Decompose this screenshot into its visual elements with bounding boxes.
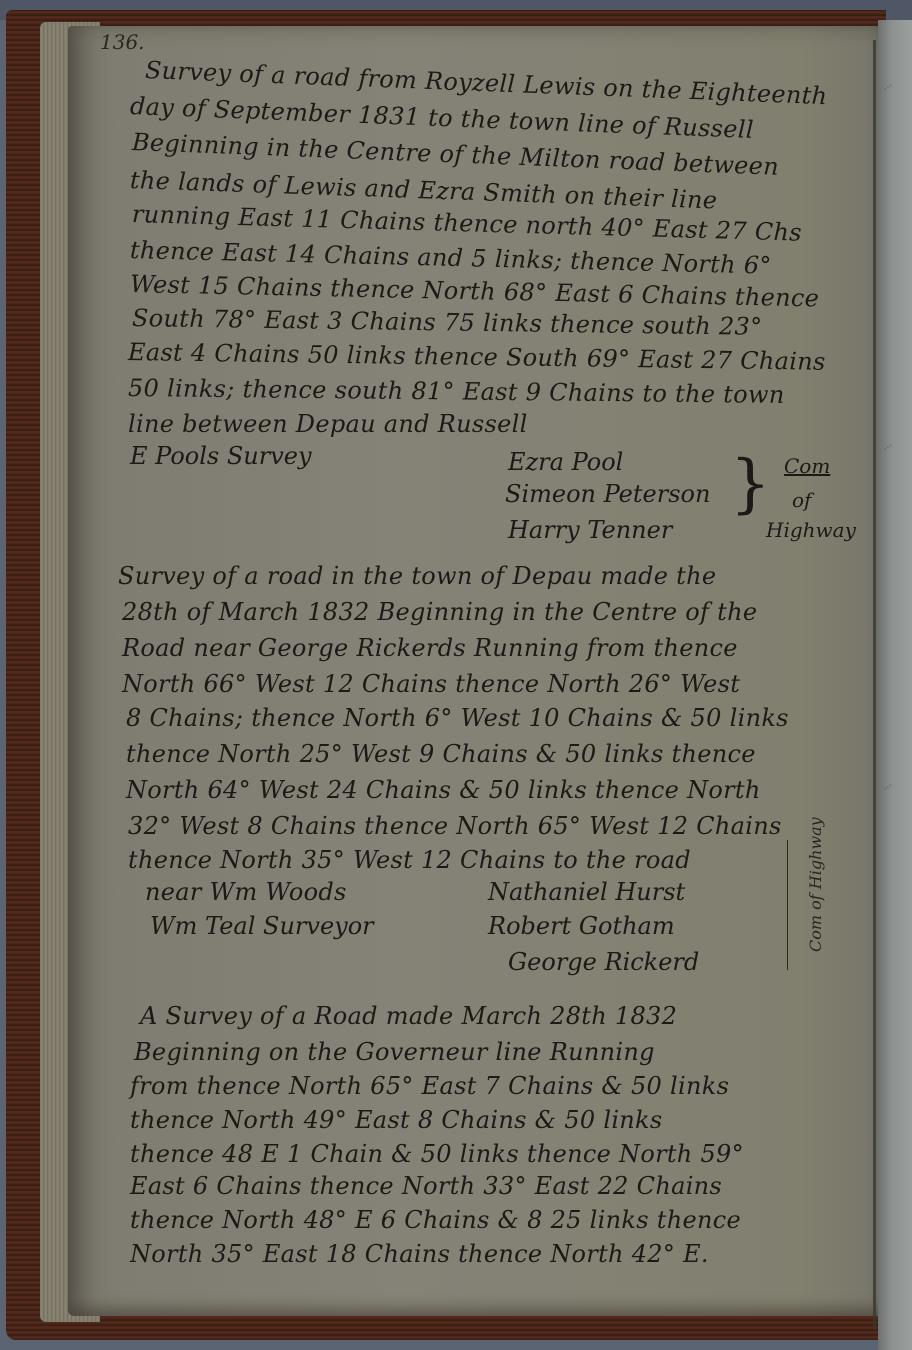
- facing-marginalia: ...: [880, 438, 894, 452]
- entry-line: East 6 Chains thence North 33° East 22 C…: [130, 1172, 722, 1200]
- surveyor-name: E Pools Survey: [130, 442, 312, 470]
- entry-line: North 35° East 18 Chains thence North 42…: [130, 1240, 709, 1268]
- facing-marginalia: ...: [880, 778, 894, 792]
- entry-line: thence North 35° West 12 Chains to the r…: [128, 846, 691, 874]
- surveyor-name: Wm Teal Surveyor: [150, 912, 374, 940]
- gutter-line: [873, 40, 876, 1330]
- page-number: 136.: [100, 30, 145, 54]
- entry-line: 32° West 8 Chains thence North 65° West …: [128, 812, 782, 840]
- entry-line: thence 48 E 1 Chain & 50 links thence No…: [130, 1140, 744, 1168]
- commissioners-label: Com: [784, 454, 830, 478]
- entry-line: thence North 48° E 6 Chains & 8 25 links…: [130, 1206, 741, 1234]
- commissioner-name: Nathaniel Hurst: [488, 878, 685, 906]
- entry-line: thence North 49° East 8 Chains & 50 link…: [130, 1106, 663, 1134]
- commissioner-name: Robert Gotham: [488, 912, 675, 940]
- entry-line: Road near George Rickerds Running from t…: [122, 634, 738, 662]
- entry-line: from thence North 65° East 7 Chains & 50…: [130, 1072, 729, 1100]
- commissioner-name: George Rickerd: [508, 948, 699, 976]
- brace-icon: }: [730, 452, 771, 516]
- entry-line: North 66° West 12 Chains thence North 26…: [122, 670, 740, 698]
- entry-line: line between Depau and Russell: [128, 410, 528, 438]
- commissioners-label: of: [792, 488, 811, 512]
- entry-line: near Wm Woods: [145, 878, 347, 906]
- bracket-line: [787, 840, 788, 970]
- entry-line: thence North 25° West 9 Chains & 50 link…: [126, 740, 756, 768]
- entry-line: Survey of a road in the town of Depau ma…: [118, 562, 716, 590]
- commissioner-name: Harry Tenner: [508, 516, 672, 544]
- entry-line: 28th of March 1832 Beginning in the Cent…: [122, 598, 757, 626]
- facing-page: ... ... ...: [878, 20, 912, 1350]
- entry-line: A Survey of a Road made March 28th 1832: [140, 1002, 677, 1030]
- commissioner-name: Ezra Pool: [508, 448, 623, 476]
- commissioners-label: Highway: [766, 518, 856, 542]
- facing-marginalia: ...: [880, 78, 894, 92]
- entry-line: 8 Chains; thence North 6° West 10 Chains…: [126, 704, 789, 732]
- entry-line: North 64° West 24 Chains & 50 links then…: [126, 776, 761, 804]
- entry-line: Beginning on the Governeur line Running: [134, 1038, 655, 1066]
- commissioner-name: Simeon Peterson: [505, 480, 710, 508]
- commissioners-label-vertical: Com of Highway: [806, 817, 825, 952]
